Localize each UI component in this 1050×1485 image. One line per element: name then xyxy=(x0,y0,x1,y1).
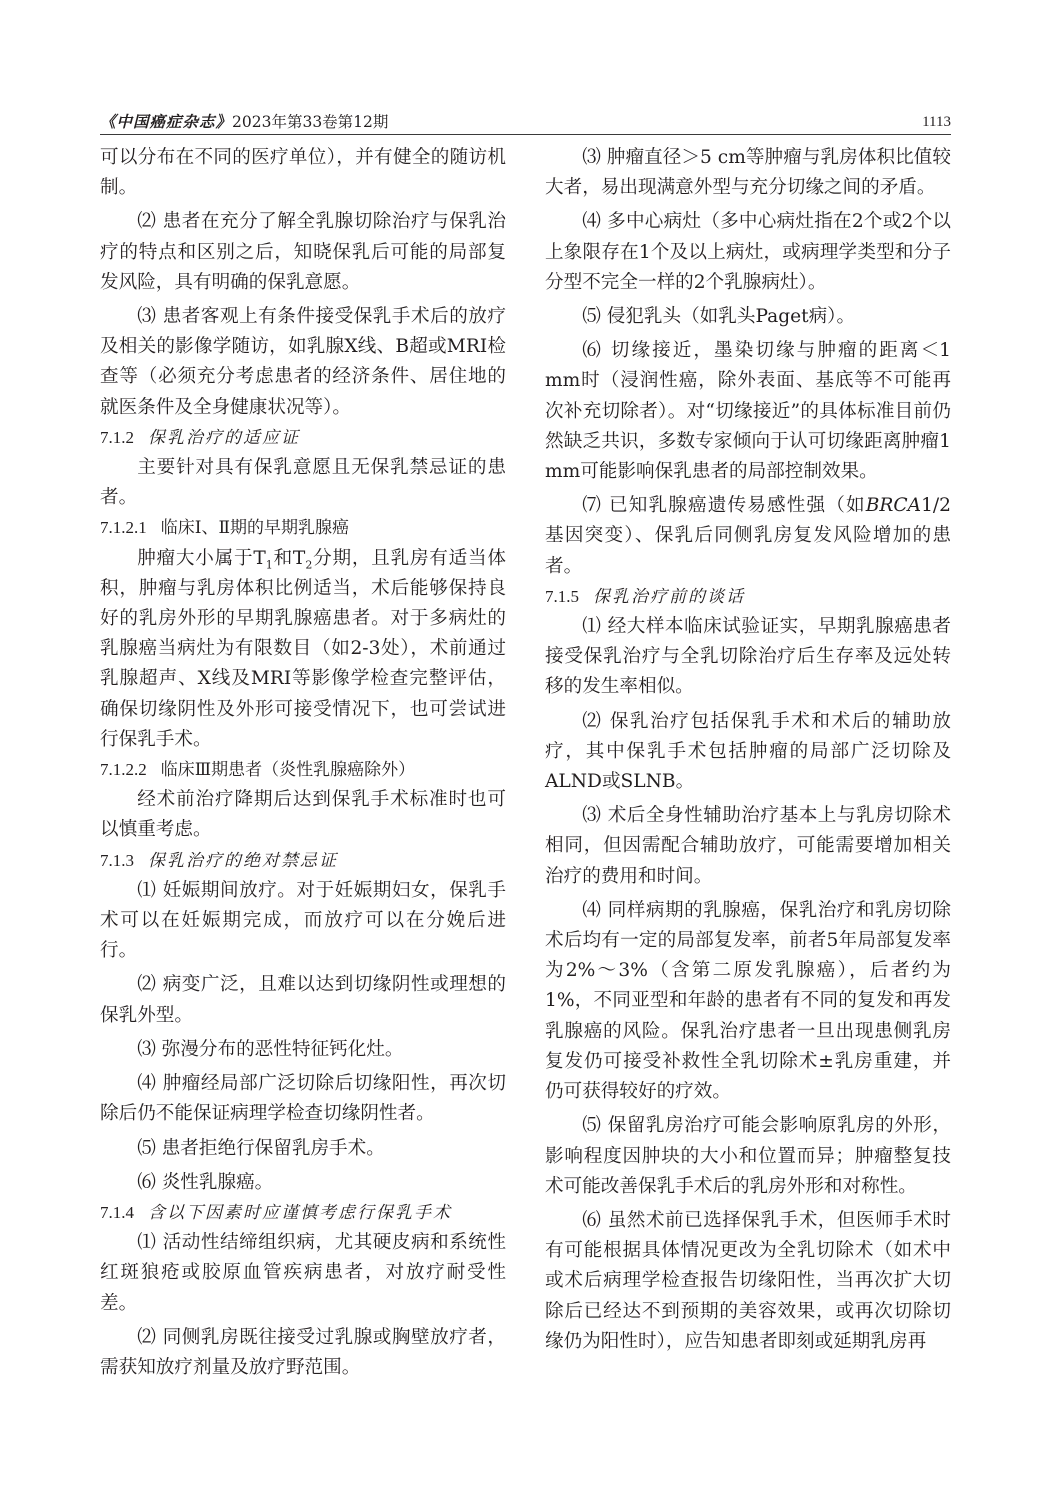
text: 和T xyxy=(273,548,306,569)
gene-name: BRCA xyxy=(866,495,921,516)
paragraph: ⑹ 切缘接近，墨染切缘与肿瘤的距离＜1 mm时（浸润性癌，除外表面、基底等不可能… xyxy=(545,336,951,487)
paragraph: 经术前治疗降期后达到保乳手术标准时也可以慎重考虑。 xyxy=(100,785,506,845)
section-number: 7.1.3 xyxy=(100,851,134,870)
paragraph: ⑶ 弥漫分布的恶性特征钙化灶。 xyxy=(100,1035,506,1065)
section-number: 7.1.5 xyxy=(545,587,579,606)
section-heading-7-1-4: 7.1.4含以下因素时应谨慎考虑行保乳手术 xyxy=(100,1198,506,1228)
paragraph: ⑶ 肿瘤直径＞5 cm等肿瘤与乳房体积比值较大者，易出现满意外型与充分切缘之间的… xyxy=(545,143,951,203)
paragraph: ⑴ 活动性结缔组织病，尤其硬皮病和系统性红斑狼疮或胶原血管疾病患者，对放疗耐受性… xyxy=(100,1228,506,1319)
section-heading-7-1-5: 7.1.5保乳治疗前的谈话 xyxy=(545,582,951,612)
section-title: 保乳治疗的绝对禁忌证 xyxy=(148,851,338,871)
left-column: 可以分布在不同的医疗单位），并有健全的随访机制。 ⑵ 患者在充分了解全乳腺切除治… xyxy=(100,143,506,1383)
text: ⑺ 已知乳腺癌遗传易感性强（如 xyxy=(582,495,866,516)
paragraph: 肿瘤大小属于T1和T2分期，且乳房有适当体积，肿瘤与乳房体积比例适当，术后能够保… xyxy=(100,544,506,755)
running-header: 《中国癌症杂志》2023年第33卷第12期 1113 xyxy=(100,112,951,135)
paragraph: ⑵ 病变广泛，且难以达到切缘阴性或理想的保乳外型。 xyxy=(100,970,506,1030)
section-title: 保乳治疗的适应证 xyxy=(148,428,300,448)
section-number: 7.1.4 xyxy=(100,1203,134,1222)
paragraph: ⑹ 炎性乳腺癌。 xyxy=(100,1168,506,1198)
section-title: 临床Ⅰ、Ⅱ期的早期乳腺癌 xyxy=(161,518,349,538)
section-heading-7-1-2-2: 7.1.2.2临床Ⅲ期患者（炎性乳腺癌除外） xyxy=(100,755,506,785)
paragraph: 主要针对具有保乳意愿且无保乳禁忌证的患者。 xyxy=(100,453,506,513)
paragraph: ⑹ 虽然术前已选择保乳手术，但医师手术时有可能根据具体情况更改为全乳切除术（如术… xyxy=(545,1206,951,1357)
paragraph: ⑸ 侵犯乳头（如乳头Paget病）。 xyxy=(545,302,951,332)
paragraph: ⑴ 妊娠期间放疗。对于妊娠期妇女，保乳手术可以在妊娠期完成，而放疗可以在分娩后进… xyxy=(100,876,506,967)
section-title: 保乳治疗前的谈话 xyxy=(593,587,745,607)
paragraph: ⑶ 患者客观上有条件接受保乳手术后的放疗及相关的影像学随访，如乳腺X线、B超或M… xyxy=(100,302,506,423)
section-heading-7-1-2-1: 7.1.2.1临床Ⅰ、Ⅱ期的早期乳腺癌 xyxy=(100,513,506,543)
section-heading-7-1-2: 7.1.2保乳治疗的适应证 xyxy=(100,423,506,453)
text: 肿瘤大小属于T xyxy=(137,548,266,569)
journal-citation: 《中国癌症杂志》2023年第33卷第12期 xyxy=(100,112,388,132)
paragraph: ⑷ 多中心病灶（多中心病灶指在2个或2个以上象限存在1个及以上病灶，或病理学类型… xyxy=(545,207,951,298)
page-number: 1113 xyxy=(922,112,951,132)
paragraph: ⑸ 患者拒绝行保留乳房手术。 xyxy=(100,1134,506,1164)
paragraph: ⑶ 术后全身性辅助治疗基本上与乳房切除术相同，但因需配合辅助放疗，可能需要增加相… xyxy=(545,801,951,892)
journal-name: 《中国癌症杂志》 xyxy=(100,112,232,131)
paragraph: ⑵ 患者在充分了解全乳腺切除治疗与保乳治疗的特点和区别之后，知晓保乳后可能的局部… xyxy=(100,207,506,298)
paragraph: ⑵ 保乳治疗包括保乳手术和术后的辅助放疗，其中保乳手术包括肿瘤的局部广泛切除及A… xyxy=(545,707,951,798)
paragraph: 可以分布在不同的医疗单位），并有健全的随访机制。 xyxy=(100,143,506,203)
right-column: ⑶ 肿瘤直径＞5 cm等肿瘤与乳房体积比值较大者，易出现满意外型与充分切缘之间的… xyxy=(545,143,951,1357)
paragraph: ⑸ 保留乳房治疗可能会影响原乳房的外形，影响程度因肿块的大小和位置而异；肿瘤整复… xyxy=(545,1111,951,1202)
section-number: 7.1.2.1 xyxy=(100,518,147,537)
subscript: 1 xyxy=(266,558,273,571)
section-heading-7-1-3: 7.1.3保乳治疗的绝对禁忌证 xyxy=(100,846,506,876)
paragraph: ⑵ 同侧乳房既往接受过乳腺或胸壁放疗者，需获知放疗剂量及放疗野范围。 xyxy=(100,1323,506,1383)
journal-issue: 2023年第33卷第12期 xyxy=(232,113,388,131)
text: 分期，且乳房有适当体积，肿瘤与乳房体积比例适当，术后能够保持良好的乳房外形的早期… xyxy=(100,548,506,750)
section-title: 临床Ⅲ期患者（炎性乳腺癌除外） xyxy=(161,760,415,780)
paragraph: ⑷ 肿瘤经局部广泛切除后切缘阳性，再次切除后仍不能保证病理学检查切缘阴性者。 xyxy=(100,1069,506,1129)
section-title: 含以下因素时应谨慎考虑行保乳手术 xyxy=(148,1203,452,1223)
paragraph: ⑷ 同样病期的乳腺癌，保乳治疗和乳房切除术后均有一定的局部复发率，前者5年局部复… xyxy=(545,896,951,1107)
section-number: 7.1.2.2 xyxy=(100,760,147,779)
paragraph: ⑺ 已知乳腺癌遗传易感性强（如BRCA1/2基因突变）、保乳后同侧乳房复发风险增… xyxy=(545,491,951,582)
paragraph: ⑴ 经大样本临床试验证实，早期乳腺癌患者接受保乳治疗与全乳切除治疗后生存率及远处… xyxy=(545,612,951,703)
section-number: 7.1.2 xyxy=(100,428,134,447)
